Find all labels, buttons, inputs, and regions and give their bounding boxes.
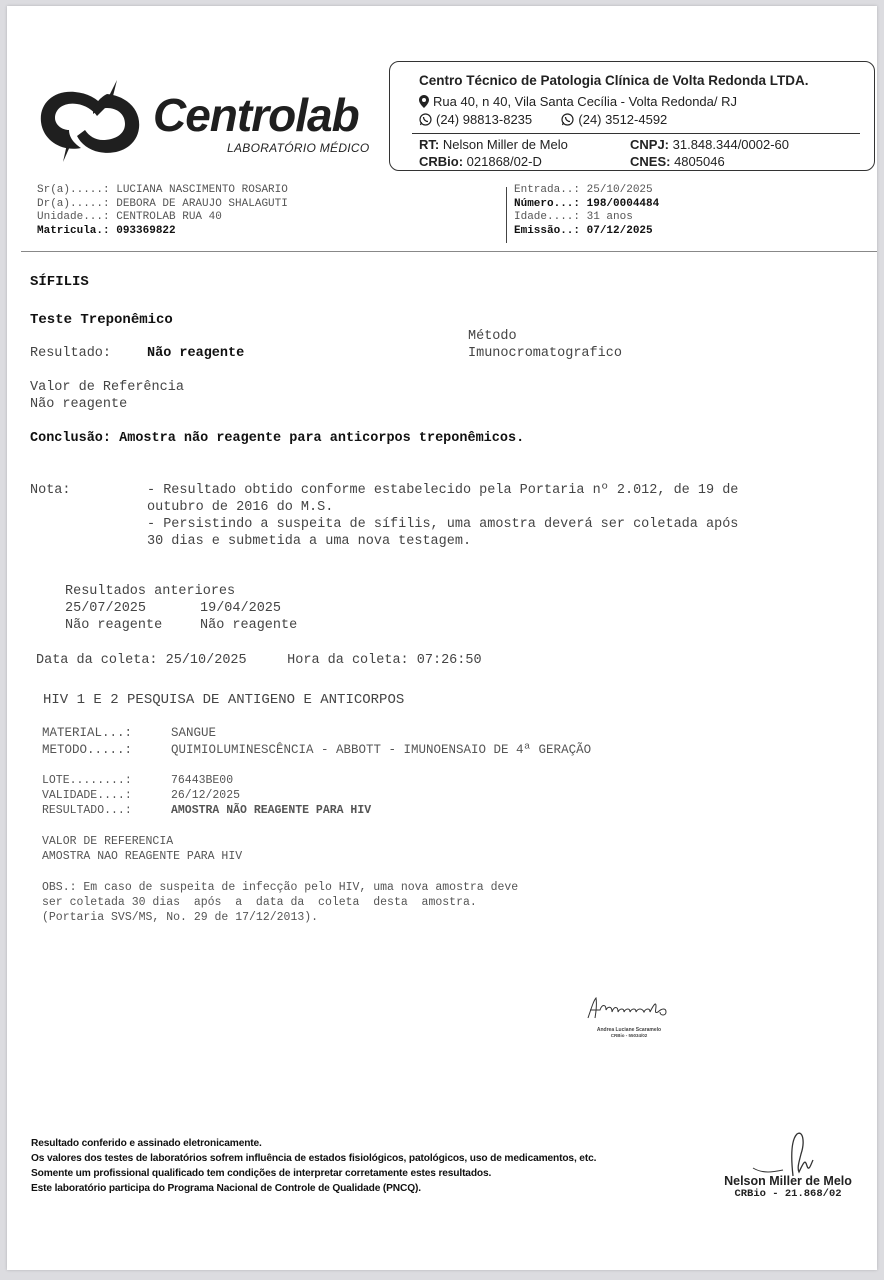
analyst-signature: Andrea Luciane Scaramelo CRBio - 55034/0… bbox=[579, 996, 679, 1038]
brand-subtitle: LABORATÓRIO MÉDICO bbox=[227, 141, 370, 155]
lab-address: Rua 40, n 40, Vila Santa Cecília - Volta… bbox=[419, 94, 737, 109]
cnes-line: CNES: 4805046 bbox=[630, 154, 725, 169]
age-row: Idade....: 31 anos bbox=[514, 211, 633, 225]
footer-line: Os valores dos testes de laboratórios so… bbox=[31, 1151, 596, 1166]
obs-line: ser coletada 30 dias após a data da cole… bbox=[42, 896, 477, 909]
hiv-reference-value: AMOSTRA NAO REAGENTE PARA HIV bbox=[42, 850, 242, 863]
info-separator bbox=[412, 133, 860, 134]
lab-info-box: Centro Técnico de Patologia Clínica de V… bbox=[389, 61, 875, 171]
phone-1: (24) 98813-8235 bbox=[436, 112, 532, 127]
footer-line: Este laboratório participa do Programa N… bbox=[31, 1181, 596, 1196]
note-line: - Persistindo a suspeita de sífilis, uma… bbox=[147, 517, 738, 532]
footer-line: Somente um profissional qualificado tem … bbox=[31, 1166, 596, 1181]
whatsapp-icon bbox=[419, 113, 432, 126]
issue-date-row: Emissão..: 07/12/2025 bbox=[514, 225, 653, 239]
report-page: Centrolab LABORATÓRIO MÉDICO Centro Técn… bbox=[7, 6, 877, 1270]
previous-results-label: Resultados anteriores bbox=[65, 584, 235, 599]
handwritten-signature-icon bbox=[713, 1128, 863, 1178]
entry-date-row: Entrada..: 25/10/2025 bbox=[514, 184, 653, 198]
hiv-reference-label: VALOR DE REFERENCIA bbox=[42, 835, 173, 848]
previous-date: 19/04/2025 bbox=[200, 601, 281, 616]
patient-name-row: Sr(a).....: LUCIANA NASCIMENTO ROSARIO bbox=[37, 184, 288, 198]
responsible-name: Nelson Miller de Melo bbox=[713, 1174, 863, 1188]
responsible-signature: Nelson Miller de Melo CRBio - 21.868/02 bbox=[713, 1128, 863, 1200]
lot-value: 76443BE00 bbox=[171, 774, 233, 787]
centrolab-logo: Centrolab LABORATÓRIO MÉDICO bbox=[35, 74, 390, 164]
reference-label: Valor de Referência bbox=[30, 380, 184, 395]
obs-line: (Portaria SVS/MS, No. 29 de 17/12/2013). bbox=[42, 911, 318, 924]
whatsapp-icon bbox=[561, 113, 574, 126]
registration-row: Matricula.: 093369822 bbox=[37, 225, 176, 239]
sifilis-subtitle: Teste Treponêmico bbox=[30, 312, 173, 328]
unit-row: Unidade...: CENTROLAB RUA 40 bbox=[37, 211, 222, 225]
footer-notes: Resultado conferido e assinado eletronic… bbox=[31, 1136, 596, 1196]
previous-result: Não reagente bbox=[200, 618, 297, 633]
handwritten-signature-icon bbox=[584, 996, 674, 1022]
previous-result: Não reagente bbox=[65, 618, 162, 633]
result-value: Não reagente bbox=[147, 346, 244, 361]
note-line: outubro de 2016 do M.S. bbox=[147, 500, 333, 515]
method-value: Imunocromatografico bbox=[468, 346, 622, 361]
doctor-row: Dr(a).....: DEBORA DE ARAUJO SHALAGUTI bbox=[37, 198, 288, 212]
cnpj-line: CNPJ: 31.848.344/0002-60 bbox=[630, 137, 789, 152]
responsible-crbio: CRBio - 21.868/02 bbox=[713, 1188, 863, 1200]
number-row: Número...: 198/0004484 bbox=[514, 198, 659, 212]
note-line: - Resultado obtido conforme estabelecido… bbox=[147, 483, 738, 498]
validity-label: VALIDADE....: bbox=[42, 789, 132, 802]
collection-info: Data da coleta: 25/10/2025 Hora da colet… bbox=[36, 653, 482, 668]
hiv-title: HIV 1 E 2 PESQUISA DE ANTIGENO E ANTICOR… bbox=[43, 692, 404, 708]
obs-line: OBS.: Em caso de suspeita de infecção pe… bbox=[42, 881, 518, 894]
material-label: MATERIAL...: bbox=[42, 726, 132, 740]
header-divider bbox=[21, 251, 877, 252]
material-value: SANGUE bbox=[171, 726, 216, 740]
hiv-result-label: RESULTADO...: bbox=[42, 804, 132, 817]
hiv-result-value: AMOSTRA NÃO REAGENTE PARA HIV bbox=[171, 804, 371, 817]
analyst-crbio: CRBio - 55034/02 bbox=[579, 1033, 679, 1038]
sifilis-title: SÍFILIS bbox=[30, 274, 89, 290]
lot-label: LOTE........: bbox=[42, 774, 132, 787]
lab-name: Centro Técnico de Patologia Clínica de V… bbox=[419, 73, 809, 88]
note-label: Nota: bbox=[30, 483, 71, 498]
map-pin-icon bbox=[419, 95, 429, 108]
method-label: Método bbox=[468, 329, 517, 344]
lab-phones: (24) 98813-8235 (24) 3512-4592 bbox=[419, 112, 667, 127]
brand-name: Centrolab bbox=[153, 88, 359, 142]
phone-2: (24) 3512-4592 bbox=[578, 112, 667, 127]
rt-line: RT: Nelson Miller de Melo bbox=[419, 137, 568, 152]
result-label: Resultado: bbox=[30, 346, 111, 361]
chain-link-logo-icon bbox=[35, 78, 147, 164]
validity-value: 26/12/2025 bbox=[171, 789, 240, 802]
conclusion: Conclusão: Amostra não reagente para ant… bbox=[30, 431, 524, 446]
hiv-method-value: QUIMIOLUMINESCÊNCIA - ABBOTT - IMUNOENSA… bbox=[171, 743, 591, 757]
previous-date: 25/07/2025 bbox=[65, 601, 146, 616]
note-line: 30 dias e submetida a uma nova testagem. bbox=[147, 534, 471, 549]
footer-line: Resultado conferido e assinado eletronic… bbox=[31, 1136, 596, 1151]
crbio-line: CRBio: 021868/02-D bbox=[419, 154, 542, 169]
hiv-method-label: METODO.....: bbox=[42, 743, 132, 757]
patient-divider bbox=[506, 187, 507, 243]
reference-value: Não reagente bbox=[30, 397, 127, 412]
